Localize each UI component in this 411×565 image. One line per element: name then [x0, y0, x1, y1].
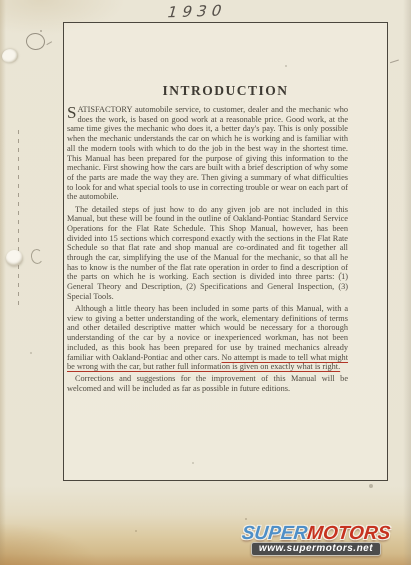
drop-cap-letter: S: [67, 105, 77, 121]
paragraph-theory-note: Although a little theory has been includ…: [67, 304, 348, 372]
paragraph-corrections: Corrections and suggestions for the impr…: [67, 374, 348, 393]
paragraph-2-text: The detailed steps of just how to do any…: [67, 205, 348, 301]
pencil-circle-mark: [25, 32, 46, 51]
pencil-c-mark: [30, 248, 44, 265]
pencil-tick-mark: [44, 37, 52, 45]
paragraph-4-text: Corrections and suggestions for the impr…: [67, 374, 348, 393]
page-title: INTRODUCTION: [63, 83, 388, 99]
watermark: SUPERMOTORS www.supermotors.net: [227, 523, 405, 556]
watermark-brand-super: SUPER: [241, 523, 309, 544]
supermotors-logo: SUPERMOTORS: [226, 523, 406, 545]
scanned-page-background: 1930 INTRODUCTION SATISFACTORY automobil…: [0, 0, 411, 565]
punch-hole-middle: [6, 250, 23, 266]
binding-crease-line: [18, 130, 19, 310]
paper-specks: [40, 30, 42, 32]
paragraph-detailed-steps: The detailed steps of just how to do any…: [67, 205, 348, 302]
paragraph-1-text: ATISFACTORY automobile service, to custo…: [67, 105, 348, 201]
punch-hole-top: [1, 47, 20, 64]
paragraph-satisfactory-service: SATISFACTORY automobile service, to cust…: [67, 105, 348, 202]
handwritten-year: 1930: [165, 1, 251, 22]
watermark-brand-motors: MOTORS: [306, 523, 391, 544]
right-edge-smudge: [388, 54, 399, 63]
page-body-text: SATISFACTORY automobile service, to cust…: [67, 105, 348, 396]
